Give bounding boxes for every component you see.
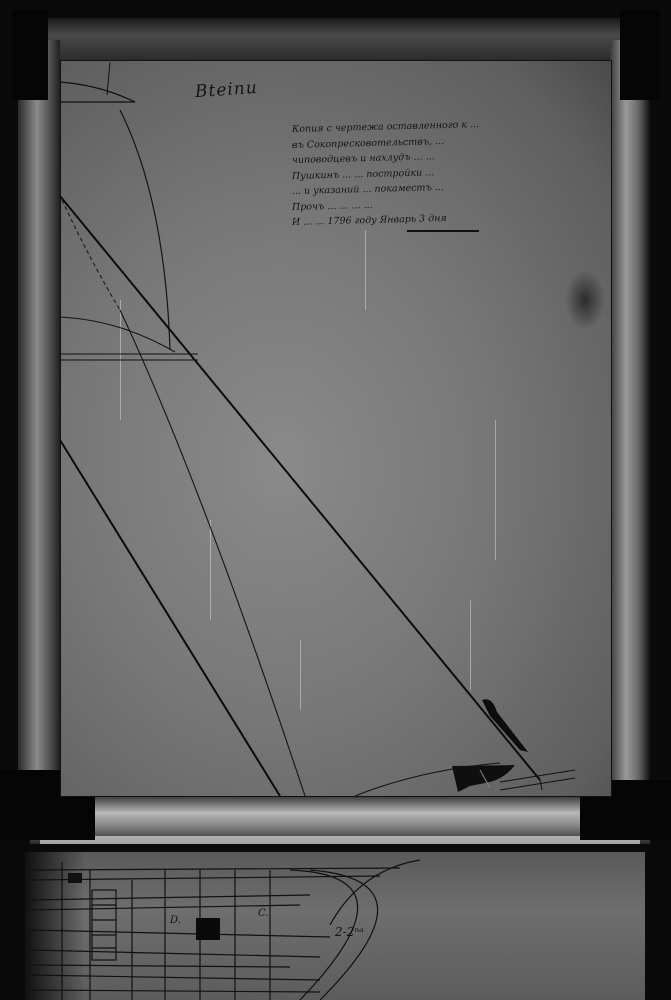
hatch-block <box>196 918 220 940</box>
handwritten-annotation: Копия с чертежа оставленного к ... въ Со… <box>292 122 592 231</box>
drawing-label-c: C. <box>258 908 268 919</box>
drawing-label-d: D. <box>170 915 181 926</box>
year-underline <box>407 230 479 232</box>
drawing-label-scale: 2-2ⁿᵃ <box>335 925 364 939</box>
